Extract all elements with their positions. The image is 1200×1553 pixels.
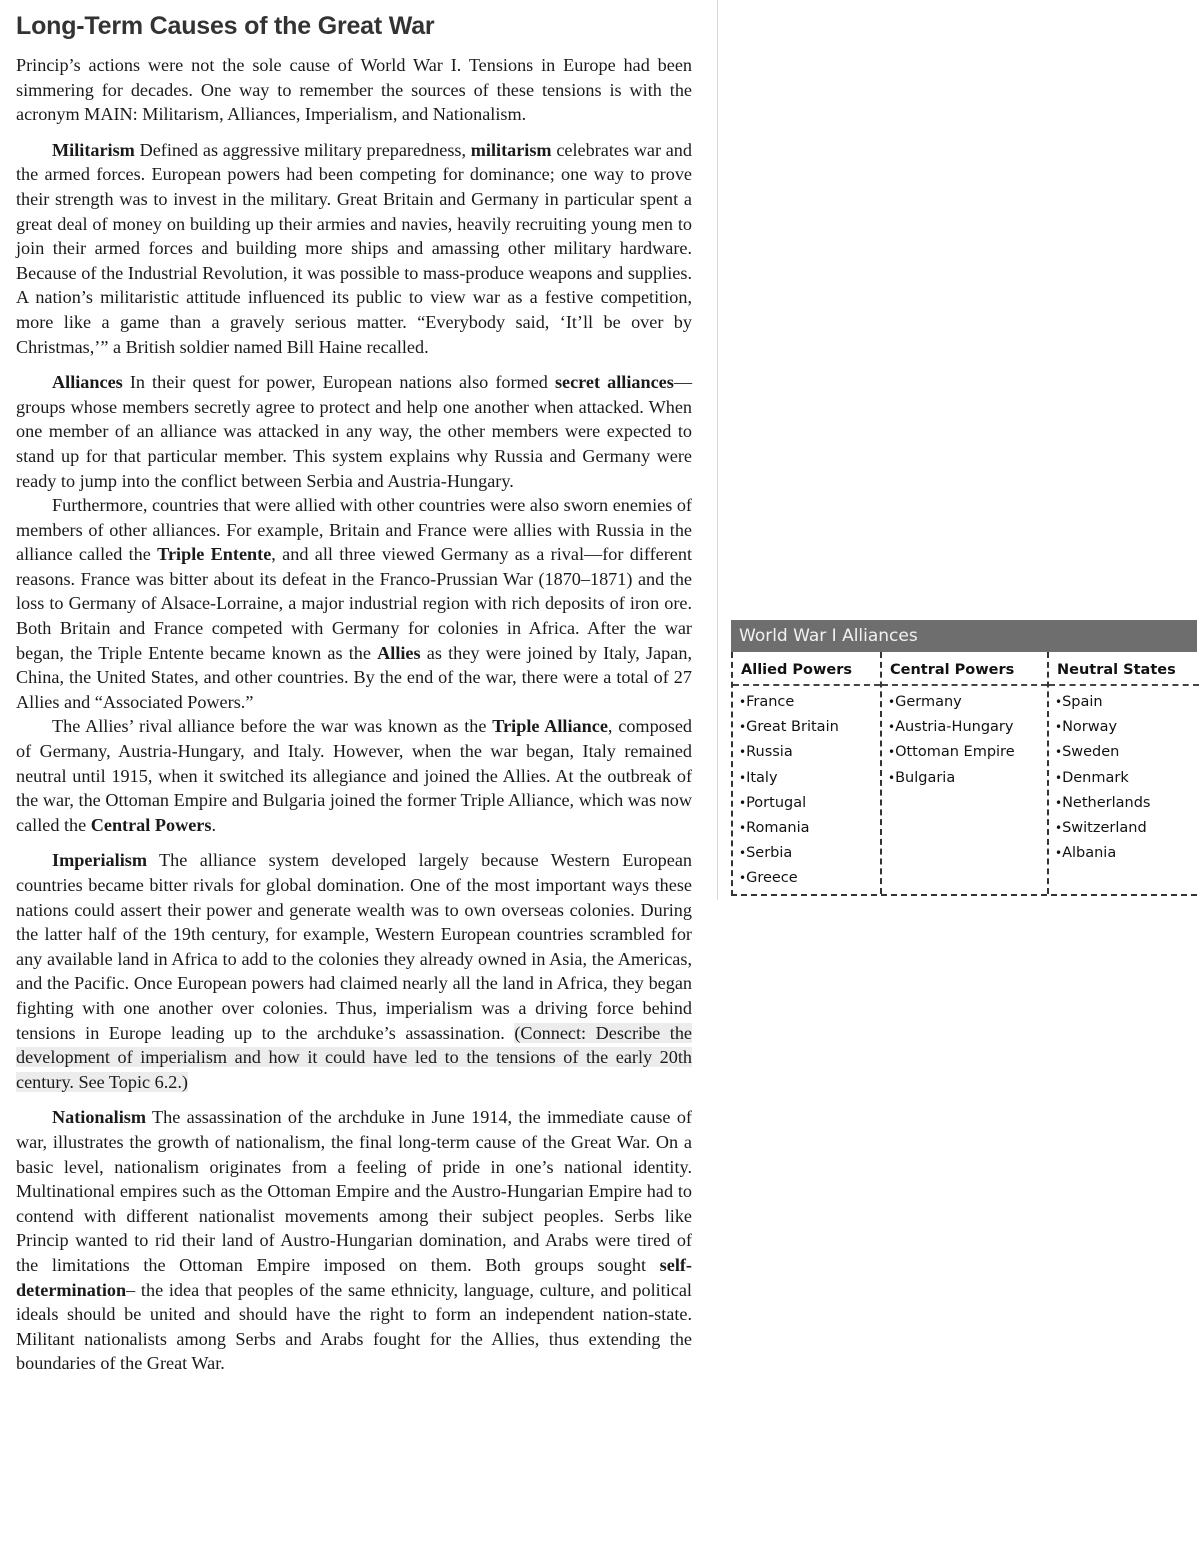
list-item: Sweden (1055, 740, 1199, 765)
country-list: Spain Norway Sweden Denmark Netherlands … (1049, 686, 1199, 868)
list-item: Germany (888, 690, 1047, 715)
intro-paragraph: Princip’s actions were not the sole caus… (16, 53, 692, 127)
column-central-powers: Central Powers Germany Austria-Hungary O… (882, 652, 1049, 894)
column-header: Allied Powers (733, 652, 880, 686)
list-item: Serbia (739, 841, 880, 866)
nationalism-heading: Nationalism (52, 1107, 146, 1127)
column-header: Central Powers (882, 652, 1047, 686)
article: Long-Term Causes of the Great War Princi… (16, 12, 692, 1376)
list-item: Norway (1055, 715, 1199, 740)
list-item: Albania (1055, 841, 1199, 866)
table-title: World War I Alliances (731, 620, 1197, 652)
list-item: Switzerland (1055, 816, 1199, 841)
militarism-heading: Militarism (52, 140, 135, 160)
rival-alliance-paragraph: The Allies’ rival alliance before the wa… (16, 714, 692, 837)
term-allies: Allies (377, 643, 420, 663)
list-item: Spain (1055, 690, 1199, 715)
list-item: France (739, 690, 880, 715)
column-allied-powers: Allied Powers France Great Britain Russi… (733, 652, 882, 894)
list-item: Denmark (1055, 766, 1199, 791)
term-central-powers: Central Powers (91, 815, 212, 835)
term-triple-entente: Triple Entente (157, 544, 271, 564)
section-title: Long-Term Causes of the Great War (16, 12, 692, 41)
page-gutter-line (717, 0, 718, 900)
list-item: Greece (739, 866, 880, 891)
country-list: Germany Austria-Hungary Ottoman Empire B… (882, 686, 1047, 793)
country-list: France Great Britain Russia Italy Portug… (733, 686, 880, 894)
list-item: Romania (739, 816, 880, 841)
imperialism-paragraph: Imperialism The alliance system develope… (16, 848, 692, 1094)
list-item: Italy (739, 766, 880, 791)
list-item: Austria-Hungary (888, 715, 1047, 740)
imperialism-heading: Imperialism (52, 850, 147, 870)
list-item: Great Britain (739, 715, 880, 740)
nationalism-paragraph: Nationalism The assassination of the arc… (16, 1105, 692, 1376)
list-item: Russia (739, 740, 880, 765)
list-item: Portugal (739, 791, 880, 816)
table-columns: Allied Powers France Great Britain Russi… (731, 652, 1197, 896)
alliances-heading: Alliances (52, 372, 123, 392)
militarism-paragraph: Militarism Defined as aggressive militar… (16, 138, 692, 359)
term-militarism: militarism (471, 140, 552, 160)
list-item: Ottoman Empire (888, 740, 1047, 765)
list-item: Netherlands (1055, 791, 1199, 816)
alliances-table: World War I Alliances Allied Powers Fran… (731, 620, 1197, 896)
furthermore-paragraph: Furthermore, countries that were allied … (16, 493, 692, 714)
column-neutral-states: Neutral States Spain Norway Sweden Denma… (1049, 652, 1199, 894)
term-triple-alliance: Triple Alliance (492, 716, 608, 736)
column-header: Neutral States (1049, 652, 1199, 686)
list-item: Bulgaria (888, 766, 1047, 791)
term-secret-alliances: secret alliances (555, 372, 674, 392)
alliances-paragraph: Alliances In their quest for power, Euro… (16, 370, 692, 493)
